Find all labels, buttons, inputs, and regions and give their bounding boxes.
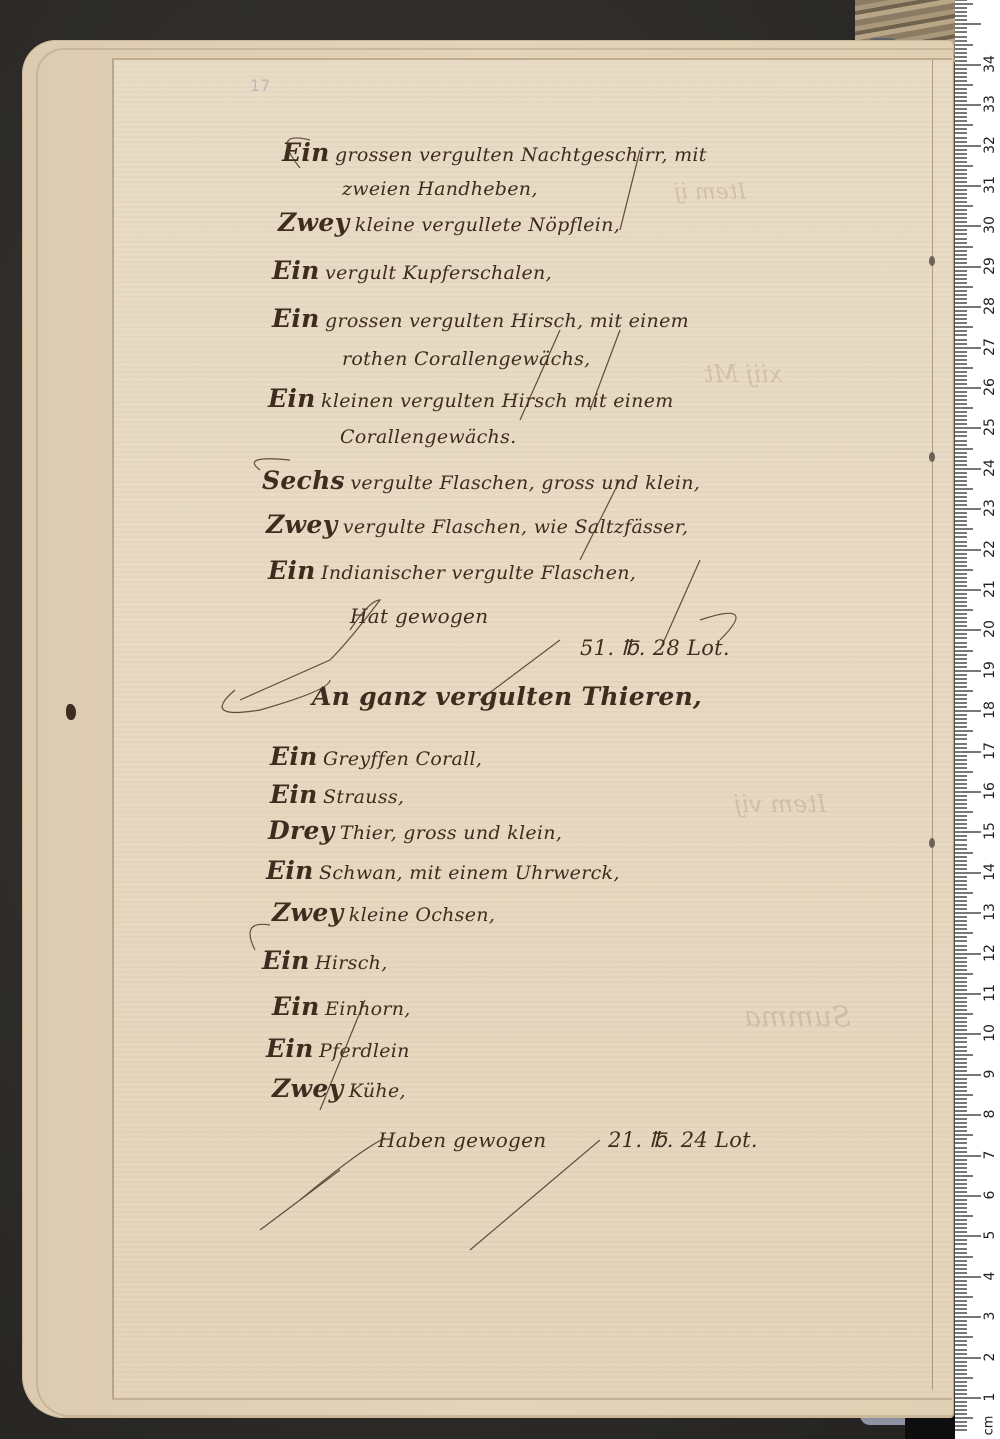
entry-line: Ein grossen vergulten Hirsch, mit einem: [272, 304, 689, 333]
ruler-tick: [955, 213, 967, 215]
ruler-tick: [955, 860, 967, 862]
ruler-tick: [955, 448, 973, 450]
ruler-tick: [955, 181, 967, 183]
ruler-tick: [955, 1429, 967, 1431]
ruler-tick: [955, 1199, 967, 1201]
ruler-tick: [955, 973, 973, 975]
entry-line: rothen Corallengewächs,: [342, 348, 591, 370]
entry-line: Ein Hirsch,: [262, 946, 388, 975]
ruler-number: 23: [982, 497, 998, 519]
ruler-tick: [955, 1344, 967, 1346]
ruler-tick: [955, 7, 967, 9]
ruler-tick: [955, 363, 967, 365]
ruler-tick: [955, 880, 967, 882]
ruler-tick: [955, 783, 967, 785]
ruler-tick: [955, 72, 967, 74]
ruler-tick: [955, 985, 967, 987]
ruler-tick: [955, 1292, 967, 1294]
ruler-tick: [955, 811, 973, 813]
ruler-tick: [955, 56, 967, 58]
ruler-tick: [955, 225, 981, 227]
entry-line: Zwey kleine vergullete Nöpflein,: [278, 208, 620, 237]
ruler-unit-label: cm: [982, 1415, 997, 1437]
ruler-tick: [955, 1098, 967, 1100]
ruler-tick: [955, 387, 981, 389]
ruler-tick: [955, 1142, 967, 1144]
ruler-tick: [955, 371, 967, 373]
ruler-tick: [955, 294, 967, 296]
ruler-number: 26: [982, 376, 998, 398]
ruler-tick: [955, 1094, 973, 1096]
ruler-tick: [955, 718, 967, 720]
ruler-tick: [955, 407, 973, 409]
ruler-tick: [955, 1227, 967, 1229]
ruler-tick: [955, 1373, 967, 1375]
ruler-tick: [955, 1001, 967, 1003]
ruler-tick: [955, 957, 967, 959]
ruler-tick: [955, 545, 967, 547]
ruler-tick: [955, 80, 967, 82]
ruler-tick: [955, 997, 967, 999]
ruler-tick: [955, 1219, 967, 1221]
ruler-number: 31: [982, 174, 998, 196]
ruler-number: 14: [982, 861, 998, 883]
ruler-tick: [955, 892, 973, 894]
ruler-tick: [955, 508, 981, 510]
ruler-tick: [955, 1021, 967, 1023]
ruler-tick: [955, 646, 967, 648]
ruler-tick: [955, 904, 967, 906]
entry-line: Zwey kleine Ochsen,: [272, 898, 495, 927]
ruler-tick: [955, 274, 967, 276]
ruler-tick: [955, 1171, 967, 1173]
ruler-tick: [955, 92, 967, 94]
ruler-tick: [955, 302, 967, 304]
ruler-tick: [955, 694, 967, 696]
ruler-tick: [955, 1070, 967, 1072]
ruler-tick: [955, 920, 967, 922]
ruler-tick: [955, 298, 967, 300]
ruler-tick: [955, 835, 967, 837]
ruler-tick: [955, 355, 967, 357]
ruler-tick: [955, 1264, 967, 1266]
ruler-tick: [955, 856, 967, 858]
ruler-tick: [955, 767, 967, 769]
ruler-tick: [955, 48, 967, 50]
ruler-tick: [955, 1215, 973, 1217]
ruler-tick: [955, 912, 981, 914]
binding-stitch: [929, 256, 935, 266]
ruler-tick: [955, 819, 967, 821]
ruler-tick: [955, 415, 967, 417]
entry-line: Zwey Kühe,: [272, 1074, 406, 1103]
ruler-tick: [955, 1041, 967, 1043]
ruler-tick: [955, 601, 967, 603]
ruler-tick: [955, 662, 967, 664]
ruler-tick: [955, 270, 967, 272]
ruler-tick: [955, 246, 973, 248]
ruler-tick: [955, 953, 981, 955]
ruler-tick: [955, 714, 967, 716]
ruler-tick: [955, 137, 967, 139]
ruler-tick: [955, 1421, 967, 1423]
ruler-tick: [955, 1054, 973, 1056]
ruler-tick: [955, 1147, 967, 1149]
ruler-number: 20: [982, 618, 998, 640]
ruler-tick: [955, 403, 967, 405]
ruler-tick: [955, 1159, 967, 1161]
binding-stitch: [929, 452, 935, 462]
ruler-number: 10: [982, 1022, 998, 1044]
ruler-number: 8: [982, 1103, 998, 1125]
ruler-number: 34: [982, 53, 998, 75]
ruler-tick: [955, 132, 967, 134]
ruler-tick: [955, 908, 967, 910]
ruler-tick: [955, 504, 967, 506]
ruler-tick: [955, 427, 981, 429]
ruler-tick: [955, 759, 967, 761]
ruler-tick: [955, 1336, 973, 1338]
ruler-tick: [955, 282, 967, 284]
ruler-number: 15: [982, 820, 998, 842]
ruler-tick: [955, 431, 967, 433]
ruler-tick: [955, 815, 967, 817]
ruler-tick: [955, 637, 967, 639]
ruler-tick: [955, 532, 967, 534]
ruler-tick: [955, 940, 967, 942]
ruler-tick: [955, 1413, 967, 1415]
ruler-tick: [955, 577, 967, 579]
bleed-through-text: Item vij: [734, 790, 826, 818]
ruler-tick: [955, 682, 967, 684]
ruler-tick: [955, 1328, 967, 1330]
ruler-tick: [955, 286, 973, 288]
ruler-tick: [955, 1324, 967, 1326]
ruler-tick: [955, 961, 967, 963]
ruler-tick: [955, 375, 967, 377]
ruler-tick: [955, 1050, 967, 1052]
ruler-tick: [955, 848, 967, 850]
ruler-tick: [955, 1296, 973, 1298]
ruler-tick: [955, 1033, 981, 1035]
entry-line: Ein Pferdlein: [266, 1034, 410, 1063]
ruler-tick: [955, 19, 967, 21]
ruler-tick: [955, 795, 967, 797]
ruler-tick: [955, 201, 967, 203]
ruler-number: 28: [982, 295, 998, 317]
ruler-tick: [955, 379, 967, 381]
entry-line: Sechs vergulte Flaschen, gross und klein…: [262, 466, 700, 495]
ruler-tick: [955, 1191, 967, 1193]
ruler-tick: [955, 480, 967, 482]
ruler-tick: [955, 1284, 967, 1286]
ruler-tick: [955, 1114, 981, 1116]
ruler-tick: [955, 1082, 967, 1084]
ruler-number: 1: [982, 1386, 998, 1408]
ruler-tick: [955, 787, 967, 789]
ruler-tick: [955, 359, 967, 361]
ruler-tick: [955, 1256, 973, 1258]
ruler-tick: [955, 658, 967, 660]
ruler-number: 21: [982, 578, 998, 600]
weight-total: 21. ℔. 24 Lot.: [608, 1128, 758, 1152]
ruler-tick: [955, 755, 967, 757]
ruler-tick: [955, 1401, 967, 1403]
ruler-tick: [955, 516, 967, 518]
ruler-number: 5: [982, 1224, 998, 1246]
ruler-number: 17: [982, 740, 998, 762]
ruler-tick: [955, 383, 967, 385]
ruler-tick: [955, 1365, 967, 1367]
ruler-tick: [955, 395, 967, 397]
ruler-tick: [955, 553, 967, 555]
ruler-tick: [955, 625, 967, 627]
ruler-tick: [955, 1078, 967, 1080]
ruler-tick: [955, 40, 967, 42]
ruler-number: 27: [982, 336, 998, 358]
ruler-tick: [955, 165, 973, 167]
ruler-tick: [955, 1381, 967, 1383]
ruler-tick: [955, 31, 967, 33]
ruler-tick: [955, 520, 967, 522]
ruler-tick: [955, 318, 967, 320]
ruler-tick: [955, 738, 967, 740]
ruler-tick: [955, 108, 967, 110]
ruler-tick: [955, 0, 967, 1]
ruler-tick: [955, 464, 967, 466]
ruler-tick: [955, 710, 981, 712]
ruler-tick: [955, 278, 967, 280]
ruler-tick: [955, 977, 967, 979]
ruler-tick: [955, 258, 967, 260]
ruler-tick: [955, 791, 981, 793]
entry-line: Ein Strauss,: [270, 780, 404, 809]
ruler-number: 25: [982, 416, 998, 438]
ruler-tick: [955, 1385, 967, 1387]
ruler-tick: [955, 157, 967, 159]
entry-line: zweien Handheben,: [342, 178, 538, 200]
weight-total: 51. ℔. 28 Lot.: [580, 636, 730, 660]
ruler-tick: [955, 343, 967, 345]
ruler-tick: [955, 153, 967, 155]
ruler-tick: [955, 15, 967, 17]
ruler-tick: [955, 419, 967, 421]
ruler-tick: [955, 1025, 967, 1027]
ruler-number: 13: [982, 901, 998, 923]
ruler-tick: [955, 763, 967, 765]
ruler-tick: [955, 1207, 967, 1209]
ruler-tick: [955, 1248, 967, 1250]
entry-line: Ein kleinen vergulten Hirsch mit einem: [268, 384, 674, 413]
ruler-tick: [955, 888, 967, 890]
ruler-tick: [955, 670, 981, 672]
ruler-tick: [955, 981, 967, 983]
ruler-tick: [955, 1009, 967, 1011]
ruler-tick: [955, 193, 967, 195]
ruler-tick: [955, 217, 967, 219]
ruler-tick: [955, 965, 967, 967]
ruler-tick: [955, 1397, 981, 1399]
ruler-number: 18: [982, 699, 998, 721]
ruler-tick: [955, 1175, 973, 1177]
ruler-tick: [955, 928, 967, 930]
ruler-tick: [955, 1239, 967, 1241]
entry-line: Zwey vergulte Flaschen, wie Saltzfässer,: [266, 510, 688, 539]
ruler-tick: [955, 686, 967, 688]
ruler-tick: [955, 876, 967, 878]
ruler-tick: [955, 726, 967, 728]
ruler-tick: [955, 593, 967, 595]
ruler-tick: [955, 468, 981, 470]
ruler-tick: [955, 609, 973, 611]
ruler-tick: [955, 565, 967, 567]
ruler-tick: [955, 322, 967, 324]
ruler-tick: [955, 642, 967, 644]
ruler-tick: [955, 1300, 967, 1302]
ruler-tick: [955, 266, 981, 268]
ruler-tick: [955, 1405, 967, 1407]
ruler-tick: [955, 1409, 967, 1411]
ruler-tick: [955, 3, 973, 5]
ruler-tick: [955, 573, 967, 575]
ruler-tick: [955, 1163, 967, 1165]
ruler-tick: [955, 1312, 967, 1314]
ruler-tick: [955, 330, 967, 332]
ruler-tick: [955, 11, 967, 13]
ruler-number: 7: [982, 1144, 998, 1166]
ruler-tick: [955, 1369, 967, 1371]
ruler-tick: [955, 1243, 967, 1245]
ruler-tick: [955, 242, 967, 244]
entry-line: Ein Schwan, mit einem Uhrwerck,: [266, 856, 620, 885]
ruler-tick: [955, 900, 967, 902]
ruler-tick: [955, 367, 973, 369]
ruler-tick: [955, 730, 973, 732]
bleed-through-text: Item ij: [674, 180, 746, 205]
ruler-tick: [955, 831, 981, 833]
ruler-tick: [955, 52, 967, 54]
ruler-tick: [955, 621, 967, 623]
ruler-tick: [955, 528, 973, 530]
ruler-tick: [955, 1203, 967, 1205]
ruler-tick: [955, 351, 967, 353]
ruler-tick: [955, 569, 973, 571]
ruler-tick: [955, 1029, 967, 1031]
ruler-tick: [955, 23, 981, 25]
ruler-tick: [955, 326, 973, 328]
ruler-tick: [955, 1005, 967, 1007]
ruler-tick: [955, 36, 967, 38]
ruler-tick: [955, 1037, 967, 1039]
ruler-tick: [955, 949, 967, 951]
ruler-tick: [955, 1013, 973, 1015]
ruler-tick: [955, 633, 967, 635]
ruler-tick: [955, 734, 967, 736]
ruler-tick: [955, 209, 967, 211]
ruler-tick: [955, 452, 967, 454]
ruler-tick: [955, 145, 981, 147]
ruler-tick: [955, 1126, 967, 1128]
ruler-tick: [955, 872, 981, 874]
ruler-tick: [955, 924, 967, 926]
ruler-tick: [955, 690, 973, 692]
ruler-tick: [955, 1155, 981, 1157]
ruler-tick: [955, 1167, 967, 1169]
ruler-number: 11: [982, 982, 998, 1004]
ruler-tick: [955, 411, 967, 413]
ruler-tick: [955, 747, 967, 749]
ruler-tick: [955, 177, 967, 179]
ruler-tick: [955, 1074, 981, 1076]
ruler-tick: [955, 197, 967, 199]
ruler-tick: [955, 1118, 967, 1120]
ruler-tick: [955, 88, 967, 90]
bleed-through-text: xiij Mt: [704, 360, 782, 388]
ruler-tick: [955, 339, 967, 341]
ruler-tick: [955, 743, 967, 745]
ruler-tick: [955, 1272, 967, 1274]
ruler-tick: [955, 1340, 967, 1342]
ruler-tick: [955, 100, 967, 102]
ruler-tick: [955, 314, 967, 316]
entry-line: Drey Thier, gross und klein,: [268, 816, 562, 845]
ruler-tick: [955, 1260, 967, 1262]
ruler-number: 16: [982, 780, 998, 802]
ruler-tick: [955, 1211, 967, 1213]
ruler-tick: [955, 864, 967, 866]
ruler-tick: [955, 128, 967, 130]
ruler-tick: [955, 124, 973, 126]
ruler-tick: [955, 1130, 967, 1132]
ruler-tick: [955, 1332, 967, 1334]
ruler-tick: [955, 722, 967, 724]
ruler-tick: [955, 1377, 973, 1379]
ruler-tick: [955, 1017, 967, 1019]
ruler-tick: [955, 1276, 981, 1278]
ruler-tick: [955, 884, 967, 886]
ruler-tick: [955, 589, 981, 591]
ruler-tick: [955, 238, 967, 240]
ruler-tick: [955, 27, 967, 29]
ruler-tick: [955, 68, 967, 70]
ruler-tick: [955, 698, 967, 700]
ruler-tick: [955, 799, 967, 801]
ruler-tick: [955, 512, 967, 514]
ruler-tick: [955, 597, 967, 599]
ruler-tick: [955, 706, 967, 708]
ruler-tick: [955, 654, 967, 656]
ruler-tick: [955, 1138, 967, 1140]
ruler-tick: [955, 1134, 973, 1136]
ruler-tick: [955, 524, 967, 526]
ruler-tick: [955, 104, 981, 106]
ruler-tick: [955, 84, 973, 86]
ruler-tick: [955, 1066, 967, 1068]
ruler-tick: [955, 1183, 967, 1185]
ruler-tick: [955, 839, 967, 841]
ruler-tick: [955, 169, 967, 171]
ruler-tick: [955, 189, 967, 191]
ruler-tick: [955, 456, 967, 458]
ruler-tick: [955, 1102, 967, 1104]
ruler-tick: [955, 96, 967, 98]
ruler-tick: [955, 1288, 967, 1290]
ruler-tick: [955, 500, 967, 502]
ruler-tick: [955, 347, 981, 349]
weight-label: Hat gewogen: [350, 604, 488, 628]
ruler-tick: [955, 44, 973, 46]
ruler-tick: [955, 678, 967, 680]
